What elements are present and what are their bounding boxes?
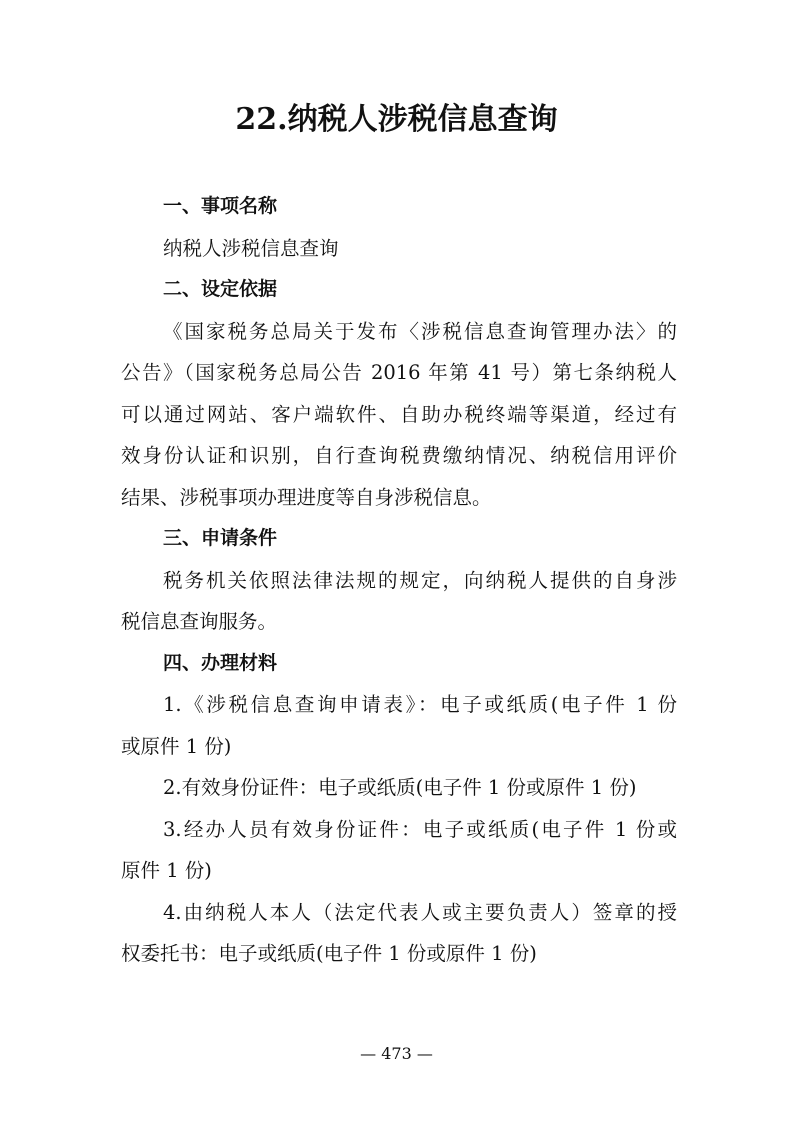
material-item-1-line: 1.《涉税信息查询申请表》：电子或纸质(电子件 1 份 [121, 684, 677, 726]
material-item-3-line: 3.经办人员有效身份证件：电子或纸质(电子件 1 份或 [121, 809, 677, 851]
section-heading-application-conditions: 三、申请条件 [121, 518, 677, 560]
application-conditions-line: 税信息查询服务。 [121, 601, 677, 643]
section-heading-legal-basis: 二、设定依据 [121, 269, 677, 311]
page-number: — 473 — [0, 1042, 793, 1066]
document-body: 一、事项名称 纳税人涉税信息查询 二、设定依据 《国家税务总局关于发布〈涉税信息… [121, 186, 677, 975]
item-name-text: 纳税人涉税信息查询 [121, 228, 677, 270]
legal-basis-line: 效身份认证和识别，自行查询税费缴纳情况、纳税信用评价 [121, 435, 677, 477]
section-heading-required-materials: 四、办理材料 [121, 643, 677, 685]
legal-basis-line: 《国家税务总局关于发布〈涉税信息查询管理办法〉的 [121, 311, 677, 353]
legal-basis-line: 公告》（国家税务总局公告 2016 年第 41 号）第七条纳税人 [121, 352, 677, 394]
material-item-4-line: 权委托书：电子或纸质(电子件 1 份或原件 1 份) [121, 933, 677, 975]
legal-basis-line: 结果、涉税事项办理进度等自身涉税信息。 [121, 477, 677, 519]
material-item-2-line: 2.有效身份证件：电子或纸质(电子件 1 份或原件 1 份) [121, 767, 677, 809]
application-conditions-line: 税务机关依照法律法规的规定，向纳税人提供的自身涉 [121, 560, 677, 602]
page-title: 22.纳税人涉税信息查询 [0, 100, 793, 140]
section-heading-item-name: 一、事项名称 [121, 186, 677, 228]
legal-basis-line: 可以通过网站、客户端软件、自助办税终端等渠道，经过有 [121, 394, 677, 436]
material-item-3-line: 原件 1 份) [121, 850, 677, 892]
material-item-1-line: 或原件 1 份) [121, 726, 677, 768]
material-item-4-line: 4.由纳税人本人（法定代表人或主要负责人）签章的授 [121, 892, 677, 934]
